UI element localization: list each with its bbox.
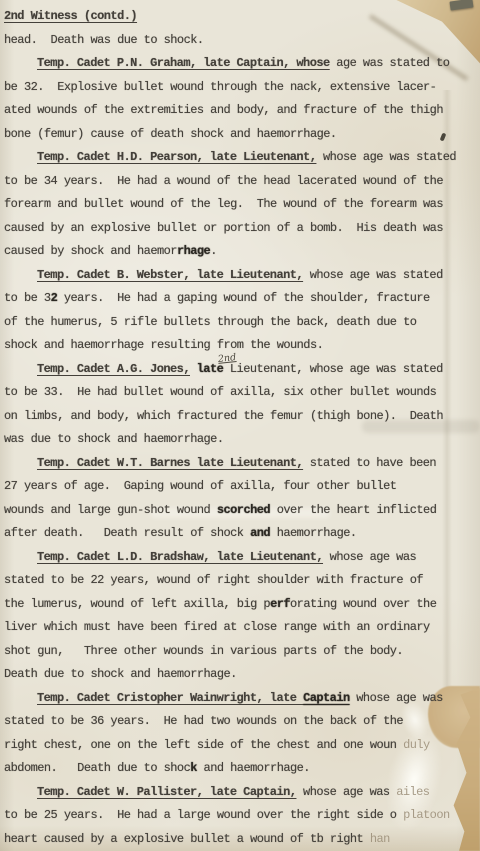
text-line: Temp. Cadet B. Webster, late Lieutenant,… (4, 264, 478, 288)
text-line: Death due to shock and haemorrhage. (4, 663, 478, 687)
text-line: to be 32 years. He had a gaping wound of… (4, 287, 478, 311)
text-segment: caused by an explosive bullet or portion… (4, 221, 443, 235)
text-segment: orating wound over the (290, 597, 436, 611)
text-segment: caused by shock and haemor (4, 244, 177, 258)
text-segment: on limbs, and body, which fractured the … (4, 409, 443, 423)
text-line: Temp. Cadet W. Pallister, late Captain, … (4, 781, 478, 805)
text-segment: k (190, 761, 197, 775)
text-line: shock and haemorrhage resulting from the… (4, 334, 478, 358)
text-line: be 32. Explosive bullet wound through th… (4, 76, 478, 100)
text-line: the lumerus, wound of left axilla, big p… (4, 593, 478, 617)
text-segment: whose age was (350, 691, 443, 705)
text-line: to be 25 years. He had a large wound ove… (4, 804, 478, 828)
text-segment: and haemorrhage. (197, 761, 310, 775)
text-segment: ated wounds of the extremities and body,… (4, 103, 443, 117)
text-segment: . (210, 244, 217, 258)
text-segment: Temp. Cadet Cristopher Wainwright, late (37, 691, 303, 705)
text-segment: be 32. Explosive bullet wound through th… (4, 80, 436, 94)
text-segment: over the heart inflicted (270, 503, 436, 517)
text-segment: right chest, one on the left side of the… (4, 738, 396, 752)
text-segment: stated to be 22 years, wound of right sh… (4, 573, 423, 587)
text-segment: head. Death was due to shock. (4, 33, 204, 47)
text-line: ated wounds of the extremities and body,… (4, 99, 478, 123)
text-segment: Temp. Cadet L.D. Bradshaw, late Lieutena… (37, 550, 323, 564)
text-segment: to be 3 (4, 291, 51, 305)
text-line: right chest, one on the left side of the… (4, 734, 478, 758)
text-segment: whose age was stated (303, 268, 443, 282)
text-line: wounds and large gun-shot wound scorched… (4, 499, 478, 523)
text-segment: liver which must have been fired at clos… (4, 620, 430, 634)
text-line: was due to shock and haemorrhage. (4, 428, 478, 452)
text-line: Temp. Cadet L.D. Bradshaw, late Lieutena… (4, 546, 478, 570)
text-segment: 27 years of age. Gaping wound of axilla,… (4, 479, 396, 493)
text-segment: Death due to shock and haemorrhage. (4, 667, 237, 681)
text-segment: age was stated to (330, 56, 450, 70)
text-line: bone (femur) cause of death shock and ha… (4, 123, 478, 147)
document-page: 2nd Witness (contd.)head. Death was due … (0, 0, 480, 851)
text-segment: to be 33. He had bullet wound of axilla,… (4, 385, 436, 399)
text-segment: after death. Death result of shock (4, 526, 250, 540)
text-segment: shot gun, Three other wounds in various … (4, 644, 403, 658)
text-segment (190, 362, 197, 376)
text-line: Temp. Cadet H.D. Pearson, late Lieutenan… (4, 146, 478, 170)
text-segment: haemorrhage. (270, 526, 356, 540)
text-line: of the humerus, 5 rifle bullets through … (4, 311, 478, 335)
document-text: 2nd Witness (contd.)head. Death was due … (4, 5, 478, 851)
text-segment: of the humerus, 5 rifle bullets through … (4, 315, 416, 329)
text-line: shot gun, Three other wounds in various … (4, 640, 478, 664)
text-line: on limbs, and body, which fractured the … (4, 405, 478, 429)
text-segment: Temp. Cadet W. Pallister, late Captain, (37, 785, 296, 799)
text-segment: to be 25 years. He had a large wound ove… (4, 808, 396, 822)
text-line: head. Death was due to shock. (4, 29, 478, 53)
text-segment: rhage (177, 244, 210, 258)
text-segment: Temp. Cadet A.G. Jones, (37, 362, 190, 376)
text-line: to be 33. He had bullet wound of axilla,… (4, 381, 478, 405)
text-segment: whose age was (296, 785, 396, 799)
text-segment: shock and haemorrhage resulting from the… (4, 338, 323, 352)
text-line: Temp. Cadet A.G. Jones, late2nd Lieutena… (4, 358, 478, 382)
text-line: Temp. Cadet Cristopher Wainwright, late … (4, 687, 478, 711)
text-segment: heart caused by a explosive bullet a wou… (4, 832, 370, 846)
text-segment: stated to have been (303, 456, 436, 470)
text-line: caused by shock and haemorrhage. (4, 240, 478, 264)
text-line: 27 years of age. Gaping wound of axilla,… (4, 475, 478, 499)
text-segment: Temp. Cadet W.T. Barnes late Lieutenant, (37, 456, 303, 470)
text-segment: to be 34 years. He had a wound of the he… (4, 174, 443, 188)
text-segment: Temp. Cadet P.N. Graham, late Captain, w… (37, 56, 330, 70)
text-segment: stated to be 36 years. He had two wounds… (4, 714, 403, 728)
text-segment: forearm and bullet wound of the leg. The… (4, 197, 443, 211)
text-line: caused by an explosive bullet or portion… (4, 217, 478, 241)
text-segment: whose age was (323, 550, 416, 564)
text-segment: ailes (396, 785, 429, 799)
text-line: stated to be 36 years. He had two wounds… (4, 710, 478, 734)
text-segment: and (250, 526, 270, 540)
text-segment: whose age was stated (316, 150, 456, 164)
handwritten-annotation: 2nd (217, 346, 238, 371)
text-line: Temp. Cadet W.T. Barnes late Lieutenant,… (4, 452, 478, 476)
text-segment: wounds and large gun-shot wound (4, 503, 217, 517)
text-segment: scorched (217, 503, 270, 517)
text-segment: was due to shock and haemorrhage. (4, 432, 224, 446)
text-line: Temp. Cadet P.N. Graham, late Captain, w… (4, 52, 478, 76)
text-segment: the lumerus, wound of left axilla, big p (4, 597, 270, 611)
text-line: stated to be 22 years, wound of right sh… (4, 569, 478, 593)
text-segment: duly (396, 738, 429, 752)
text-line: forearm and bullet wound of the leg. The… (4, 193, 478, 217)
text-segment: abdomen. Death due to shoc (4, 761, 190, 775)
text-segment: erf (270, 597, 290, 611)
text-segment: Temp. Cadet H.D. Pearson, late Lieutenan… (37, 150, 316, 164)
text-segment: Temp. Cadet B. Webster, late Lieutenant, (37, 268, 303, 282)
text-line: to be 34 years. He had a wound of the he… (4, 170, 478, 194)
text-line: after death. Death result of shock and h… (4, 522, 478, 546)
text-segment: bone (femur) cause of death shock and ha… (4, 127, 337, 141)
text-segment: Lieutenant, whose age was stated (223, 362, 443, 376)
text-segment: han (370, 832, 390, 846)
text-line: heart caused by a explosive bullet a wou… (4, 828, 478, 851)
text-line: abdomen. Death due to shock and haemorrh… (4, 757, 478, 781)
text-line: 2nd Witness (contd.) (4, 5, 478, 29)
text-segment: Captain (303, 691, 350, 705)
text-line: liver which must have been fired at clos… (4, 616, 478, 640)
text-segment: 2nd Witness (contd.) (4, 9, 137, 23)
text-segment: years. He had a gaping wound of the shou… (57, 291, 429, 305)
text-segment: platoon (396, 808, 449, 822)
